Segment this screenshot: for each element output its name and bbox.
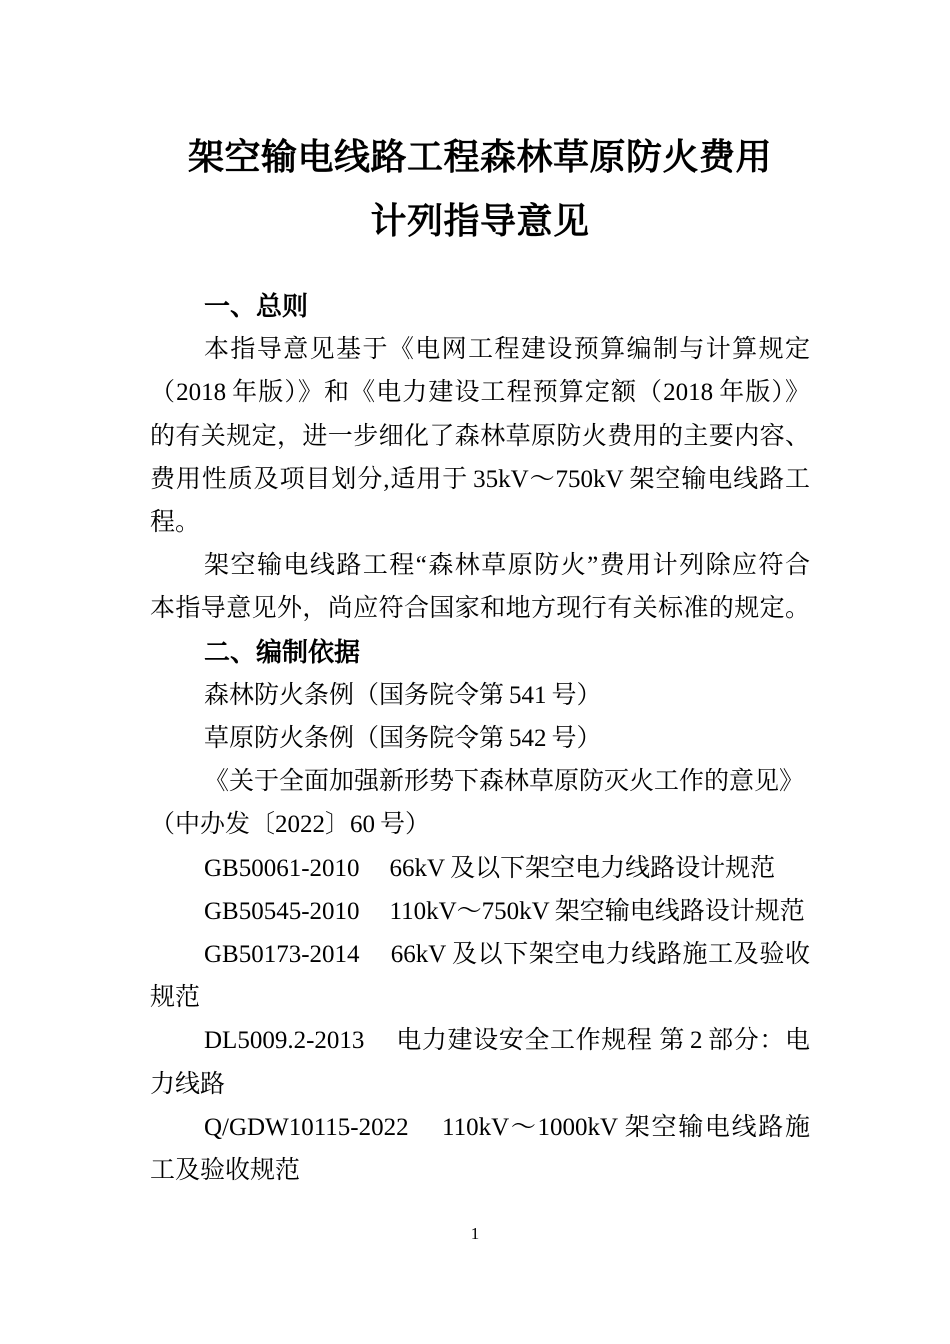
document-title: 架空输电线路工程森林草原防火费用 计列指导意见 <box>150 125 810 253</box>
reference-item-cont: （中办发〔2022〕60 号） <box>150 803 810 846</box>
document-page: 架空输电线路工程森林草原防火费用 计列指导意见 一、总则 本指导意见基于《电网工… <box>0 0 950 1344</box>
document-title-line-1: 架空输电线路工程森林草原防火费用 <box>150 125 810 189</box>
reference-item: 《关于全面加强新形势下森林草原防灭火工作的意见》 <box>150 760 810 803</box>
reference-item: 草原防火条例（国务院令第 542 号） <box>150 717 810 760</box>
reference-item: GB50545-2010 110kV～750kV 架空输电线路设计规范 <box>150 890 810 933</box>
section-heading-basis: 二、编制依据 <box>150 631 810 674</box>
document-body: 一、总则 本指导意见基于《电网工程建设预算编制与计算规定 （2018 年版）》和… <box>150 285 810 1192</box>
text-line: 程。 <box>150 501 810 544</box>
text-line: 的有关规定，进一步细化了森林草原防火费用的主要内容、 <box>150 415 810 458</box>
page-number: 1 <box>0 1224 950 1244</box>
reference-item: DL5009.2-2013 电力建设安全工作规程 第 2 部分：电 <box>150 1019 810 1062</box>
document-title-line-2: 计列指导意见 <box>150 189 810 253</box>
text-line: 本指导意见外，尚应符合国家和地方现行有关标准的规定。 <box>150 587 810 630</box>
text-line: （2018 年版）》和《电力建设工程预算定额（2018 年版）》 <box>150 371 810 414</box>
document-content: 架空输电线路工程森林草原防火费用 计列指导意见 一、总则 本指导意见基于《电网工… <box>150 0 810 1192</box>
reference-item: Q/GDW10115-2022 110kV～1000kV 架空输电线路施 <box>150 1106 810 1149</box>
reference-item-cont: 工及验收规范 <box>150 1149 810 1192</box>
reference-item: GB50061-2010 66kV 及以下架空电力线路设计规范 <box>150 847 810 890</box>
text-line: 本指导意见基于《电网工程建设预算编制与计算规定 <box>150 328 810 371</box>
reference-item-cont: 规范 <box>150 976 810 1019</box>
reference-item-cont: 力线路 <box>150 1063 810 1106</box>
reference-item: GB50173-2014 66kV 及以下架空电力线路施工及验收 <box>150 933 810 976</box>
section-heading-general: 一、总则 <box>150 285 810 328</box>
text-line: 架空输电线路工程“森林草原防火”费用计列除应符合 <box>150 544 810 587</box>
text-line: 费用性质及项目划分,适用于 35kV～750kV 架空输电线路工 <box>150 458 810 501</box>
reference-item: 森林防火条例（国务院令第 541 号） <box>150 674 810 717</box>
